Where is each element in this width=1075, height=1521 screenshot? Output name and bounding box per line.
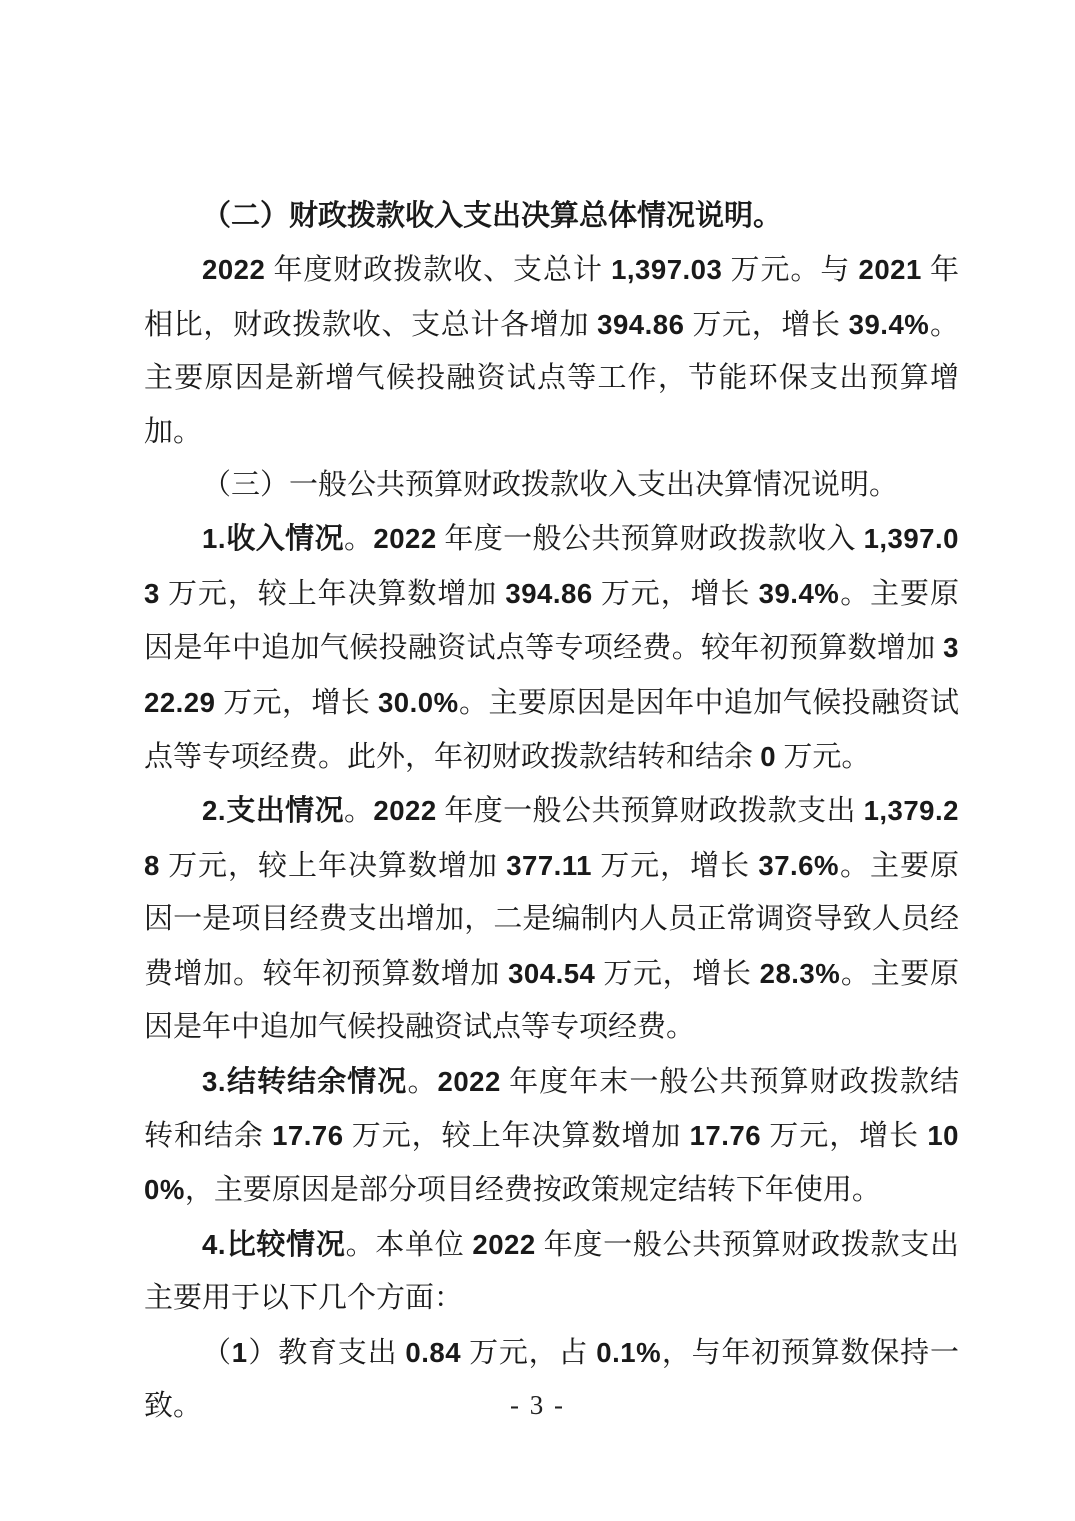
para-fiscal-total-text: 2022 年度财政拨款收、支总计 1,397.03 万元。与 2021 年相比，…: [144, 254, 959, 447]
page-number: - 3 -: [0, 1390, 1075, 1421]
para-income: 1.收入情况。2022 年度一般公共预算财政拨款收入 1,397.03 万元，较…: [144, 512, 959, 784]
heading-section-2: （二）财政拨款收入支出决算总体情况说明。: [144, 190, 959, 243]
heading-section-3-text: （三）一般公共预算财政拨款收入支出决算情况说明。: [202, 469, 898, 501]
para-income-text: 。2022 年度一般公共预算财政拨款收入 1,397.03 万元，较上年决算数增…: [144, 523, 959, 773]
para-expenditure: 2.支出情况。2022 年度一般公共预算财政拨款支出 1,379.28 万元，较…: [144, 784, 959, 1054]
para-expenditure-text: 。2022 年度一般公共预算财政拨款支出 1,379.28 万元，较上年决算数增…: [144, 795, 959, 1043]
para-comparison: 4.比较情况。本单位 2022 年度一般公共预算财政拨款支出主要用于以下几个方面…: [144, 1218, 959, 1326]
document-page: （二）财政拨款收入支出决算总体情况说明。 2022 年度财政拨款收、支总计 1,…: [0, 0, 1075, 1521]
heading-section-3: （三）一般公共预算财政拨款收入支出决算情况说明。: [144, 459, 959, 512]
document-content: （二）财政拨款收入支出决算总体情况说明。 2022 年度财政拨款收、支总计 1,…: [144, 190, 959, 1433]
para-fiscal-total: 2022 年度财政拨款收、支总计 1,397.03 万元。与 2021 年相比，…: [144, 243, 959, 459]
heading-section-2-text: （二）财政拨款收入支出决算总体情况说明。: [202, 200, 782, 232]
para-carryover: 3.结转结余情况。2022 年度年末一般公共预算财政拨款结转和结余 17.76 …: [144, 1055, 959, 1218]
para-income-lead: 1.收入情况: [202, 523, 344, 555]
para-comparison-lead: 4.比较情况: [202, 1229, 346, 1261]
para-carryover-lead: 3.结转结余情况: [202, 1066, 407, 1098]
para-expenditure-lead: 2.支出情况: [202, 795, 344, 827]
